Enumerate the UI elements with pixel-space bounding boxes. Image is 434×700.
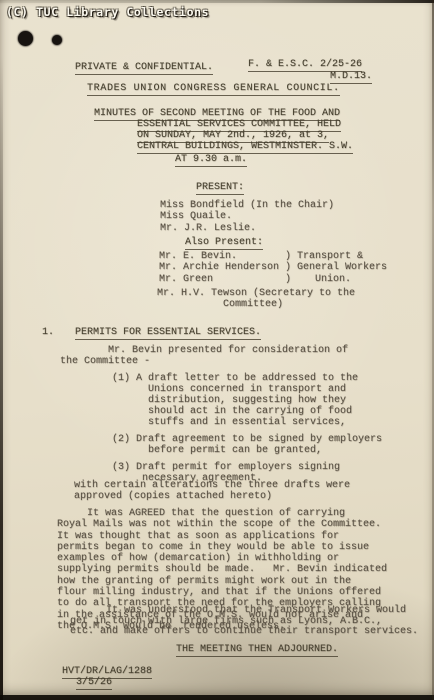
secretary-name: Mr. H.V. Tewson (Secretary to the Commit… [157,288,355,310]
private-confidential-label: PRIVATE & CONFIDENTIAL. [75,62,213,73]
scan-edge-bottom [0,695,434,700]
minutes-title-line: ON SUNDAY, MAY 2nd., 1926, at 3, [137,130,329,141]
committee-reference: F. & E.S.C. 2/25-26 [248,59,362,70]
scan-edge-left [0,0,3,700]
intro-paragraph: Mr. Bevin presented for consideration of… [60,345,348,367]
hole-punch-dot [18,31,33,46]
draft-item-1: (1) A draft letter to be addressed to th… [112,373,358,428]
approval-paragraph: with certain alterations the three draft… [74,481,350,503]
scan-edge-top [0,0,434,3]
minutes-title-line: AT 9.30 a.m. [175,154,247,165]
footer-reference: HVT/DR/LAG/1288 [62,666,152,677]
organisation-title: TRADES UNION CONGRESS GENERAL COUNCIL. [87,83,340,94]
hole-punch-dot [52,35,62,45]
adjourned-line: THE MEETING THEN ADJOURNED. [176,644,338,655]
section-heading: PERMITS FOR ESSENTIAL SERVICES. [75,327,261,338]
present-names: Miss Bondfield (In the Chair) Miss Quail… [160,200,334,234]
also-present-heading: Also Present: [185,237,263,248]
section-number: 1. [42,327,54,338]
library-watermark: (C) TUC Library Collections [6,5,209,19]
minutes-title-line: ESSENTIAL SERVICES COMMITTEE, HELD [137,119,341,130]
document-reference: M.D.13. [330,71,372,82]
minutes-title-line: MINUTES OF SECOND MEETING OF THE FOOD AN… [94,108,340,119]
footer-date: 3/5/26 [76,677,112,688]
document-page: (C) TUC Library Collections PRIVATE & CO… [0,0,434,700]
present-heading: PRESENT: [196,182,244,193]
also-present-names: Mr. E. Bevin. ) Transport & Mr. Archie H… [159,251,387,285]
draft-item-2: (2) Draft agreement to be signed by empl… [112,434,382,456]
minutes-title-line: CENTRAL BUILDINGS, WESTMINSTER. S.W. [137,141,353,152]
understood-paragraph: It was understood that the Transport Wor… [70,606,418,638]
